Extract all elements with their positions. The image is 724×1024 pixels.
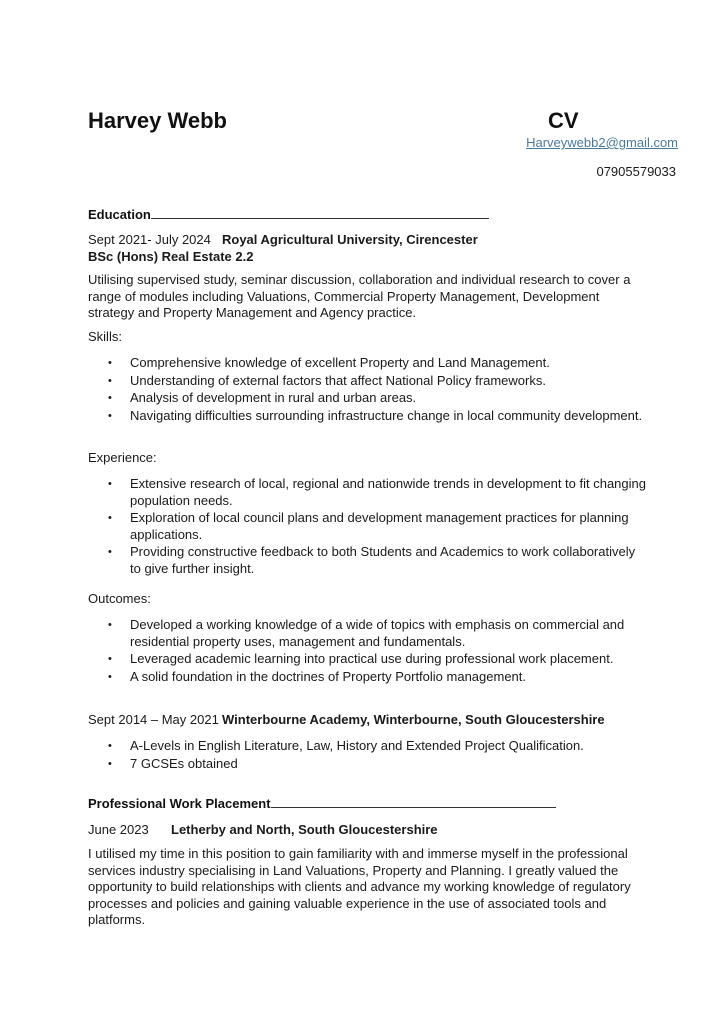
phone-number: 07905579033: [596, 164, 676, 179]
list-item: Analysis of development in rural and urb…: [88, 390, 648, 407]
school-name: Winterbourne Academy, Winterbourne, Sout…: [222, 712, 605, 727]
list-item: Developed a working knowledge of a wide …: [88, 617, 648, 650]
heading-rule: [271, 806, 556, 808]
list-item: Providing constructive feedback to both …: [88, 544, 648, 577]
university-entry: Sept 2021- July 2024Royal Agricultural U…: [88, 232, 478, 249]
skills-list: Comprehensive knowledge of excellent Pro…: [88, 355, 648, 425]
placement-dates: June 2023: [88, 822, 171, 839]
list-item: Extensive research of local, regional an…: [88, 476, 648, 509]
email-link[interactable]: Harveywebb2@gmail.com: [526, 135, 678, 150]
university-name: Royal Agricultural University, Cirencest…: [222, 232, 478, 247]
placement-heading-label: Professional Work Placement: [88, 796, 271, 811]
list-item: Understanding of external factors that a…: [88, 373, 648, 390]
placement-heading: Professional Work Placement: [88, 796, 556, 811]
candidate-name: Harvey Webb: [88, 108, 227, 134]
list-item: A solid foundation in the doctrines of P…: [88, 669, 648, 686]
school-dates: Sept 2014 – May 2021: [88, 712, 222, 729]
university-description: Utilising supervised study, seminar disc…: [88, 272, 648, 322]
university-dates: Sept 2021- July 2024: [88, 232, 222, 249]
document-title: CV: [548, 108, 579, 134]
education-heading: Education: [88, 207, 489, 222]
list-item: A-Levels in English Literature, Law, His…: [88, 738, 648, 755]
outcomes-label: Outcomes:: [88, 591, 151, 608]
degree-title: BSc (Hons) Real Estate 2.2: [88, 249, 253, 266]
list-item: Comprehensive knowledge of excellent Pro…: [88, 355, 648, 372]
school-list: A-Levels in English Literature, Law, His…: [88, 738, 648, 773]
education-heading-label: Education: [88, 207, 151, 222]
experience-list: Extensive research of local, regional an…: [88, 476, 648, 578]
placement-description: I utilised my time in this position to g…: [88, 846, 648, 929]
placement-employer: Letherby and North, South Gloucestershir…: [171, 822, 438, 837]
outcomes-list: Developed a working knowledge of a wide …: [88, 617, 648, 686]
list-item: Navigating difficulties surrounding infr…: [88, 408, 648, 425]
placement-entry: June 2023Letherby and North, South Glouc…: [88, 822, 438, 839]
school-entry: Sept 2014 – May 2021Winterbourne Academy…: [88, 712, 605, 729]
list-item: 7 GCSEs obtained: [88, 756, 648, 773]
heading-rule: [151, 217, 489, 219]
experience-label: Experience:: [88, 450, 157, 467]
list-item: Leveraged academic learning into practic…: [88, 651, 648, 668]
list-item: Exploration of local council plans and d…: [88, 510, 648, 543]
skills-label: Skills:: [88, 329, 122, 346]
